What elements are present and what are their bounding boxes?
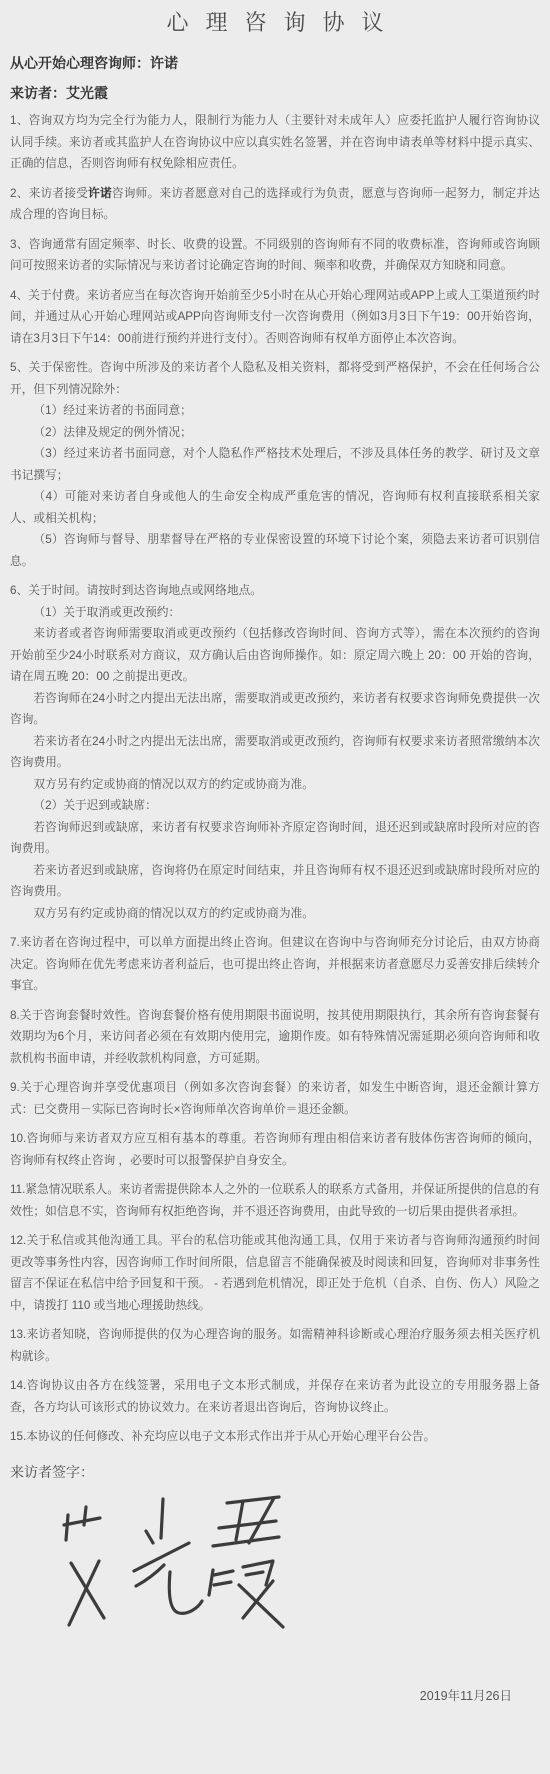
agreement-paragraph: 12.关于私信或其他沟通工具。平台的私信功能或其他沟通工具，仅用于来访者与咨询师…: [10, 1230, 540, 1316]
agreement-paragraph: 来访者或者咨询师需要取消或更改预约（包括修改咨询时间、咨询方式等），需在本次预约…: [10, 623, 540, 688]
agreement-paragraph: 8.关于咨询套餐时效性。咨询套餐价格有使用期限书面说明，按其使用期限执行，其余所…: [10, 1005, 540, 1070]
agreement-document: 心理咨询协议 从心开始心理咨询师：许诺 来访者：艾光霞 1、咨询双方均为完全行为…: [0, 0, 550, 1774]
agreement-paragraph: （1）关于取消或更改预约：: [10, 602, 540, 624]
agreement-paragraph: 若咨询师在24小时之内提出无法出席，需要取消或更改预约，来访者有权要求咨询师免费…: [10, 688, 540, 731]
agreement-paragraph: 双方另有约定或协商的情况以双方的约定或协商为准。: [10, 903, 540, 925]
agreement-paragraph: 1、咨询双方均为完全行为能力人，限制行为能力人（主要针对未成年人）应委托监护人履…: [10, 110, 540, 175]
agreement-paragraph: （3）经过来访者书面同意，对个人隐私作严格技术处理后，不涉及具体任务的教学、研讨…: [10, 443, 540, 486]
agreement-paragraph: 双方另有约定或协商的情况以双方的约定或协商为准。: [10, 774, 540, 796]
agreement-paragraph: 若来访者在24小时之内提出无法出席，需要取消或更改预约，咨询师有权要求来访者照常…: [10, 731, 540, 774]
document-title: 心理咨询协议: [10, 0, 540, 37]
agreement-paragraph: 13.来访者知晓，咨询师提供的仅为心理咨询的服务。如需精神科诊断或心理治疗服务须…: [10, 1324, 540, 1367]
agreement-paragraph: 6、关于时间。请按时到达咨询地点或网络地点。: [10, 580, 540, 602]
agreement-paragraph: 11.紧急情况联系人。来访者需提供除本人之外的一位联系人的联系方式备用，并保证所…: [10, 1179, 540, 1222]
agreement-paragraph: 15.本协议的任何修改、补充均应以电子文本形式作出并于从心开始心理平台公告。: [10, 1426, 540, 1448]
agreement-paragraph: 3、咨询通常有固定频率、时长、收费的设置。不同级别的咨询师有不同的收费标准，咨询…: [10, 234, 540, 277]
signature-date: 2019年11月26日: [420, 1686, 512, 1704]
agreement-paragraph: （2）关于迟到或缺席：: [10, 795, 540, 817]
agreement-paragraph: 若来访者迟到或缺席，咨询将仍在原定时间结束，并且咨询师有权不退还迟到或缺席时段所…: [10, 860, 540, 903]
signature-label: 来访者签字：: [10, 1463, 540, 1481]
agreement-paragraph: （4）可能对来访者自身或他人的生命安全构成严重危害的情况，咨询师有权利直接联系相…: [10, 486, 540, 529]
agreement-paragraph: 5、关于保密性。咨询中所涉及的来访者个人隐私及相关资料，都将受到严格保护，不会在…: [10, 357, 540, 400]
agreement-paragraph: （5）咨询师与督导、朋辈督导在严格的专业保密设置的环境下讨论个案，须隐去来访者可…: [10, 529, 540, 572]
visitor-signature: [46, 1485, 540, 1640]
agreement-paragraph: 4、关于付费。来访者应当在每次咨询开始前至少5小时在从心开始心理网站或APP上或…: [10, 285, 540, 350]
agreement-paragraph: 7.来访者在咨询过程中，可以单方面提出终止咨询。但建议在咨询中与咨询师充分讨论后…: [10, 932, 540, 997]
agreement-paragraph: 10.咨询师与来访者双方应互相有基本的尊重。若咨询师有理由相信来访者有肢体伤害咨…: [10, 1128, 540, 1171]
agreement-body: 1、咨询双方均为完全行为能力人，限制行为能力人（主要针对未成年人）应委托监护人履…: [10, 110, 540, 1448]
visitor-signature-handwriting-image: [46, 1485, 296, 1635]
counselor-name-line: 从心开始心理咨询师：许诺: [10, 55, 540, 72]
agreement-paragraph: 14.咨询协议由各方在线签署，采用电子文本形式制成，并保存在来访者为此设立的专用…: [10, 1375, 540, 1418]
agreement-paragraph: 若咨询师迟到或缺席，来访者有权要求咨询师补齐原定咨询时间，退还迟到或缺席时段所对…: [10, 817, 540, 860]
visitor-name-line: 来访者：艾光霞: [10, 85, 540, 102]
agreement-paragraph: 2、来访者接受许诺咨询师。来访者愿意对自己的选择或行为负责，愿意与咨询师一起努力…: [10, 183, 540, 226]
agreement-paragraph: （1）经过来访者的书面同意；: [10, 400, 540, 422]
agreement-paragraph: （2）法律及规定的例外情况；: [10, 422, 540, 444]
agreement-paragraph: 9.关于心理咨询并享受优惠项目（例如多次咨询套餐）的来访者，如发生中断咨询，退还…: [10, 1077, 540, 1120]
